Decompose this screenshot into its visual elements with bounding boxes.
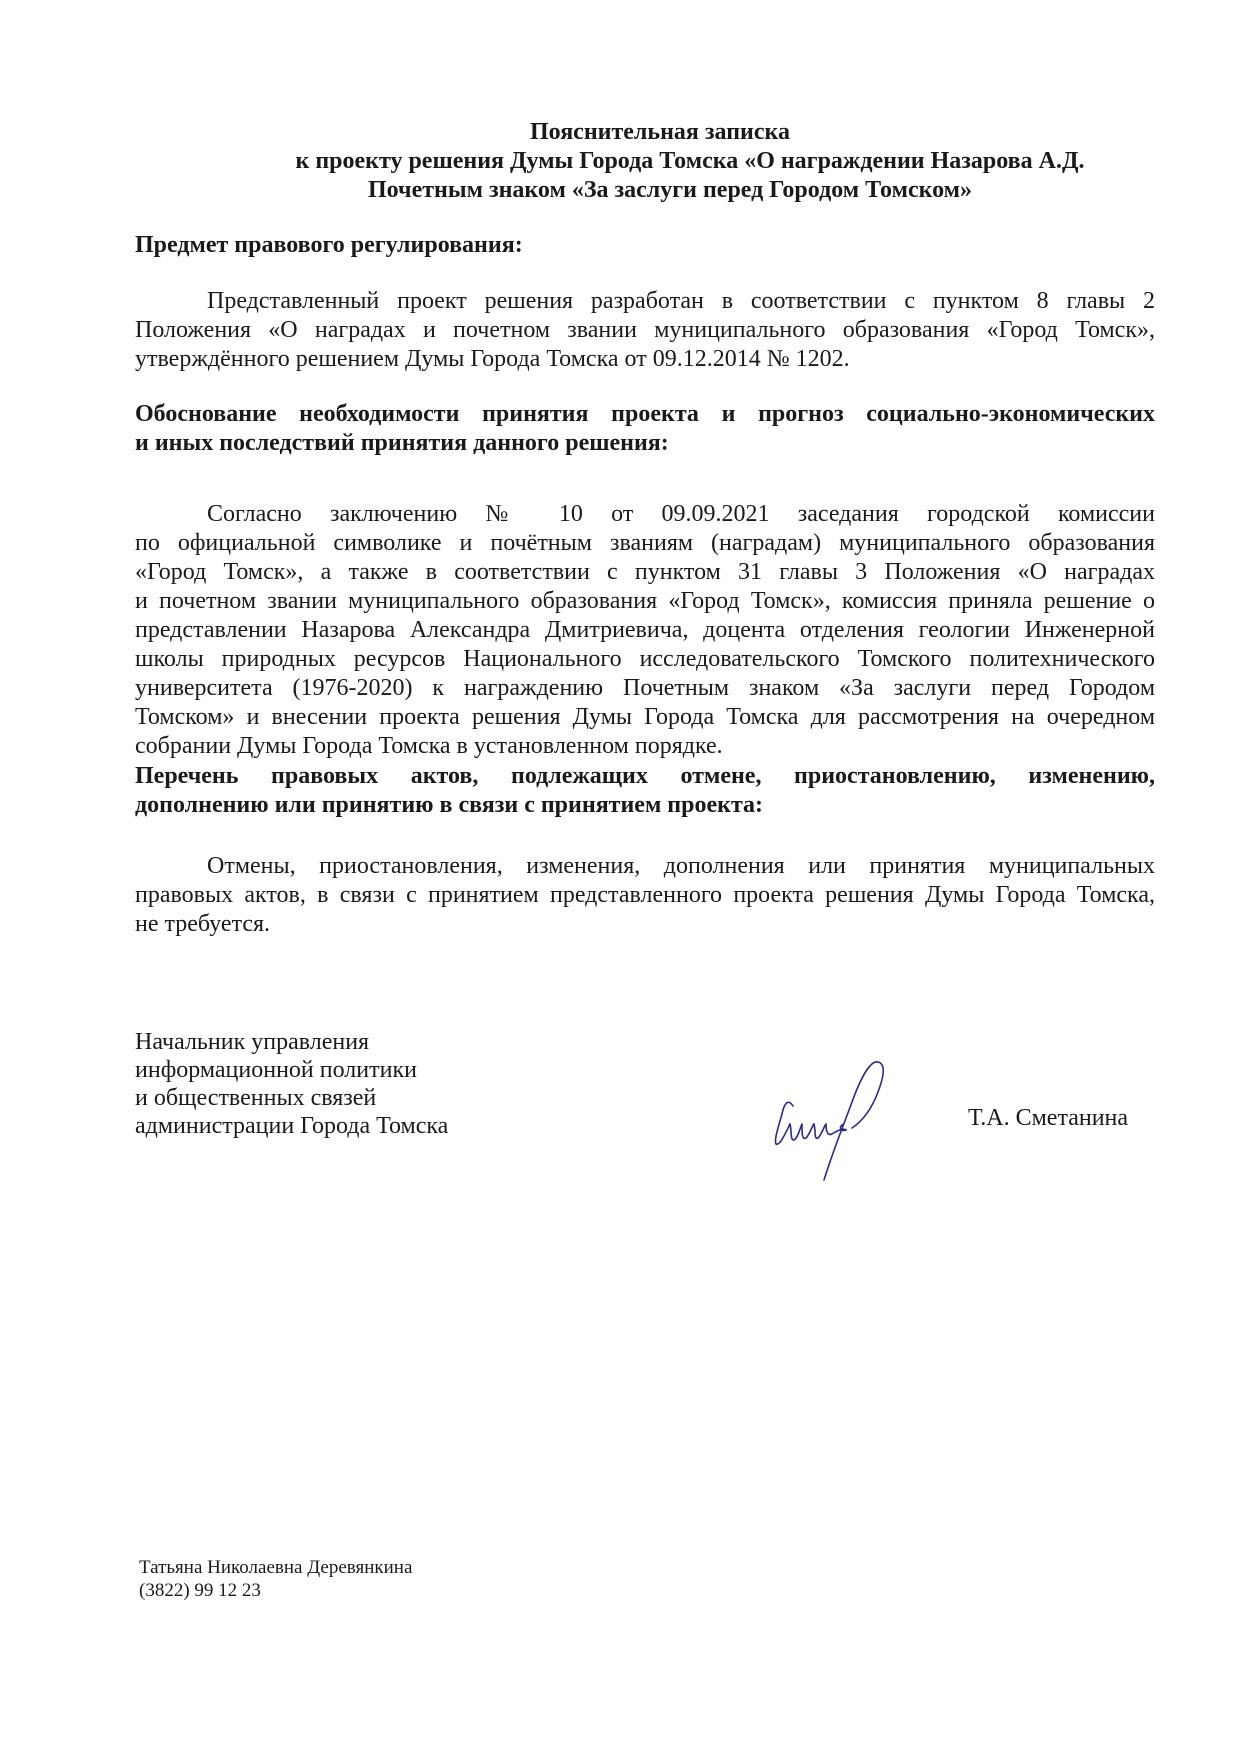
title-line-1: Пояснительная записка [0, 118, 1240, 147]
section-2-line-5: представлении Назарова Александра Дмитри… [135, 616, 1155, 645]
contact-name: Татьяна Николаевна Деревянкина [139, 1556, 412, 1579]
section-2-line-9: собрании Думы Города Томска в установлен… [135, 732, 1155, 761]
signatory-name: Т.А. Сметанина [968, 1104, 1128, 1132]
section-2-line-2: по официальной символике и почётным зван… [135, 529, 1155, 558]
section-3-heading: Перечень правовых актов, подлежащих отме… [135, 762, 1155, 820]
position-line-4: администрации Города Томска [135, 1112, 448, 1140]
section-2-line-4: и почетном звании муниципального образов… [135, 587, 1155, 616]
signatory-position: Начальник управления информационной поли… [135, 1028, 448, 1140]
section-2-line-6: школы природных ресурсов Национального и… [135, 645, 1155, 674]
contact-info: Татьяна Николаевна Деревянкина (3822) 99… [139, 1556, 412, 1602]
title-line-3: Почетным знаком «За заслуги перед Городо… [0, 176, 1240, 205]
title-line-2: к проекту решения Думы Города Томска «О … [0, 147, 1240, 176]
contact-phone: (3822) 99 12 23 [139, 1579, 412, 1602]
section-3-body: Отмены, приостановления, изменения, допо… [135, 852, 1155, 939]
section-3-line-3: не требуется. [135, 910, 1155, 939]
section-1-line-1: Представленный проект решения разработан… [135, 287, 1155, 316]
section-2-line-7: университета (1976-2020) к награждению П… [135, 674, 1155, 703]
section-3-heading-line-2: дополнению или принятию в связи с принят… [135, 791, 1155, 820]
section-1-line-2: Положения «О наградах и почетном звании … [135, 316, 1155, 345]
position-line-3: и общественных связей [135, 1084, 448, 1112]
section-2-heading: Обоснование необходимости принятия проек… [135, 400, 1155, 458]
section-3-line-2: правовых актов, в связи с принятием пред… [135, 881, 1155, 910]
section-1-line-3: утверждённого решением Думы Города Томск… [135, 345, 1155, 374]
section-2-heading-line-1: Обоснование необходимости принятия проек… [135, 400, 1155, 429]
position-line-2: информационной политики [135, 1056, 448, 1084]
handwritten-signature [760, 1040, 910, 1190]
section-2-line-1: Согласно заключению № 10 от 09.09.2021 з… [135, 500, 1155, 529]
section-2-line-8: Томском» и внесении проекта решения Думы… [135, 703, 1155, 732]
section-3-line-1: Отмены, приостановления, изменения, допо… [135, 852, 1155, 881]
document-page: Пояснительная записка к проекту решения … [0, 0, 1240, 1753]
document-title: Пояснительная записка к проекту решения … [0, 118, 1240, 205]
section-2-body: Согласно заключению № 10 от 09.09.2021 з… [135, 500, 1155, 761]
section-2-heading-line-2: и иных последствий принятия данного реше… [135, 429, 1155, 458]
section-1-heading: Предмет правового регулирования: [135, 231, 1155, 260]
section-2-line-3: «Город Томск», а также в соответствии с … [135, 558, 1155, 587]
position-line-1: Начальник управления [135, 1028, 448, 1056]
section-3-heading-line-1: Перечень правовых актов, подлежащих отме… [135, 762, 1155, 791]
section-1-body: Представленный проект решения разработан… [135, 287, 1155, 374]
